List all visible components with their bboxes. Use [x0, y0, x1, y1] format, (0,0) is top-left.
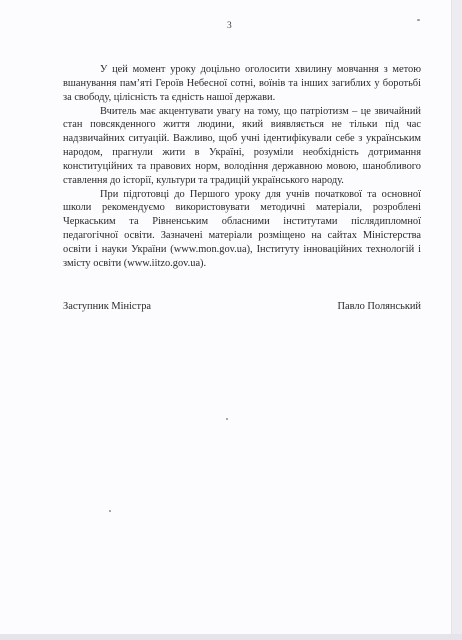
document-page: 3 У цей момент уроку доцільно оголосити … [0, 0, 451, 634]
text-line: При підготовці до Першого уроку для учні… [63, 188, 421, 202]
text-line: ставлення до історії, культури та традиц… [63, 174, 421, 188]
text-line: за свободу, цілісність та єдність нашої … [63, 91, 421, 105]
scan-right-edge [451, 0, 462, 640]
signatory-name: Павло Полянський [338, 300, 421, 313]
document-body: У цей момент уроку доцільно оголосити хв… [63, 63, 421, 271]
text-line: школи рекомендуємо використовувати метод… [63, 201, 421, 215]
text-line: педагогічної освіти. Зазначені матеріали… [63, 229, 421, 243]
scan-bottom-edge [0, 634, 462, 640]
text-line: освіти і науки України (www.mon.gov.ua),… [63, 243, 421, 257]
text-line: У цей момент уроку доцільно оголосити хв… [63, 63, 421, 77]
text-line: Черкаським та Рівненським обласними інст… [63, 215, 421, 229]
scan-speck [109, 510, 111, 512]
paragraph-materials: При підготовці до Першого уроку для учні… [63, 188, 421, 271]
text-line: стан повсякденного життя людини, який ви… [63, 118, 421, 132]
text-line: надзвичайних ситуацій. Важливо, щоб учні… [63, 132, 421, 146]
text-line: Вчитель має акцентувати увагу на тому, щ… [63, 105, 421, 119]
text-line: змісту освіти (www.iitzo.gov.ua). [63, 257, 421, 271]
text-line: вшанування пам’яті Героїв Небесної сотні… [63, 77, 421, 91]
page-number: 3 [227, 21, 232, 31]
paragraph-patriotism: Вчитель має акцентувати увагу на тому, щ… [63, 105, 421, 188]
signatory-title: Заступник Міністра [63, 300, 151, 313]
paragraph-moment-of-silence: У цей момент уроку доцільно оголосити хв… [63, 63, 421, 105]
scan-speck [417, 19, 420, 21]
scan-speck [226, 418, 228, 420]
text-line: конституційних та правових норм, володін… [63, 160, 421, 174]
text-line: народом, прагнули жити в Україні, розумі… [63, 146, 421, 160]
